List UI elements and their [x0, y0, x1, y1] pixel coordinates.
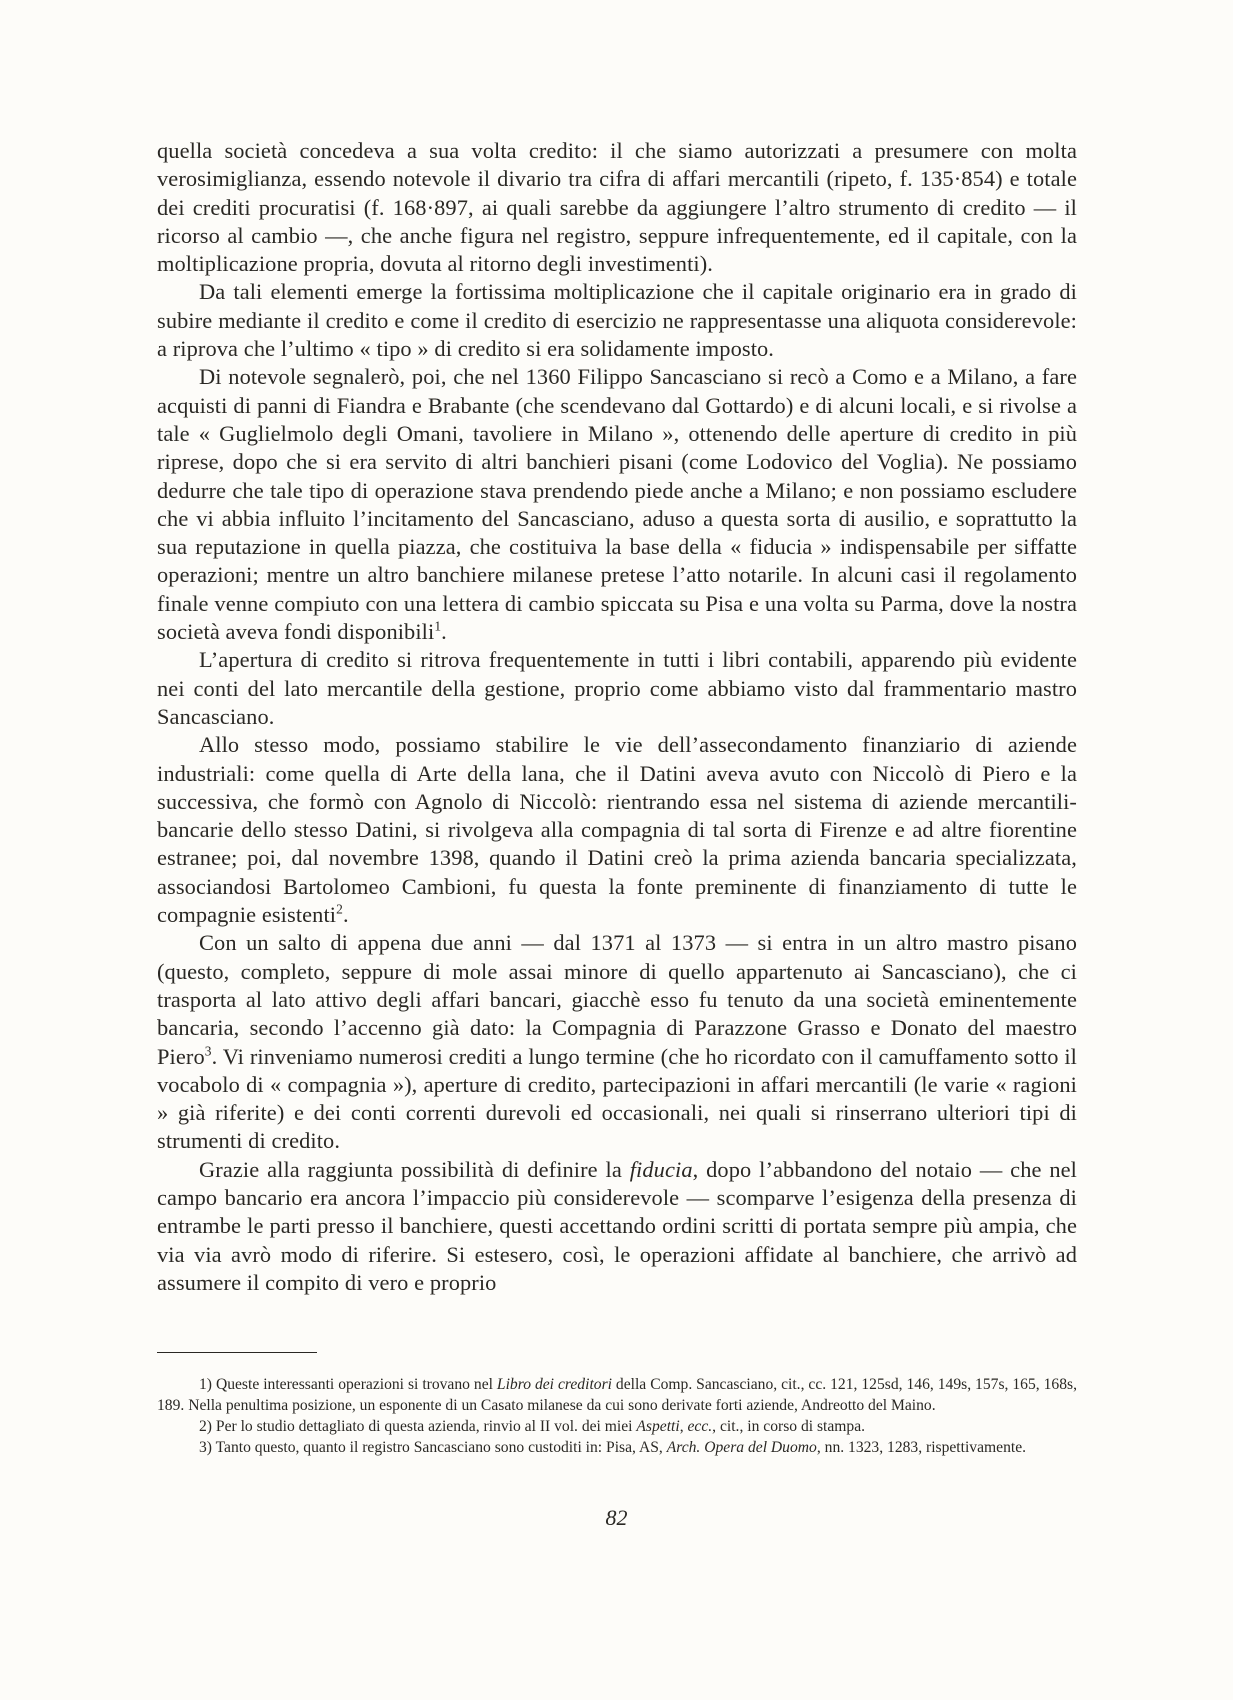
footnote-text: , cit., in corso di stampa. — [712, 1418, 865, 1435]
paragraph-4: L’apertura di credito si ritrova frequen… — [157, 646, 1077, 731]
footnote-text: Per lo studio dettagliato di questa azie… — [212, 1418, 636, 1435]
paragraph-tail: . — [441, 619, 447, 644]
footnote-2: 2) Per lo studio dettagliato di questa a… — [157, 1416, 1077, 1437]
paragraph-7: Grazie alla raggiunta possibilità di def… — [157, 1156, 1077, 1297]
footnote-mark: 1) — [199, 1376, 212, 1393]
paragraph-text: Grazie alla raggiunta possibilità di def… — [199, 1157, 630, 1182]
body-text: quella società concedeva a sua volta cre… — [157, 137, 1077, 1297]
paragraph-text: Di notevole segnalerò, poi, che nel 1360… — [157, 364, 1077, 644]
footnote-text: Tanto questo, quanto il registro Sancasc… — [212, 1439, 667, 1456]
footnote-3: 3) Tanto questo, quanto il registro Sanc… — [157, 1437, 1077, 1458]
footnote-text: , — [680, 1418, 688, 1435]
footnote-text: , nn. 1323, 1283, rispettivamente. — [817, 1439, 1026, 1456]
footnote-mark: 2) — [199, 1418, 212, 1435]
footnote-divider — [157, 1352, 317, 1353]
footnote-ref-2[interactable]: 2 — [336, 902, 343, 917]
paragraph-3: Di notevole segnalerò, poi, che nel 1360… — [157, 363, 1077, 646]
footnote-mark: 3) — [199, 1439, 212, 1456]
paragraph-2: Da tali elementi emerge la fortissima mo… — [157, 278, 1077, 363]
emphasis: fiducia — [630, 1157, 693, 1182]
footnote-ref-3[interactable]: 3 — [205, 1043, 212, 1058]
paragraph-1: quella società concedeva a sua volta cre… — [157, 137, 1077, 278]
footnotes: 1) Queste interessanti operazioni si tro… — [157, 1374, 1077, 1458]
paragraph-tail: . — [343, 902, 349, 927]
paragraph-5: Allo stesso modo, possiamo stabilire le … — [157, 731, 1077, 929]
emphasis: Aspetti — [636, 1418, 679, 1435]
emphasis: ecc. — [688, 1418, 713, 1435]
emphasis: Libro dei creditori — [497, 1376, 612, 1393]
emphasis: Arch. Opera del Duomo — [667, 1439, 817, 1456]
page-number: 82 — [0, 1505, 1233, 1531]
footnote-1: 1) Queste interessanti operazioni si tro… — [157, 1374, 1077, 1416]
paragraph-tail: . Vi rinveniamo numerosi crediti a lungo… — [157, 1044, 1077, 1154]
footnote-text: Queste interessanti operazioni si trovan… — [212, 1376, 497, 1393]
paragraph-text: Allo stesso modo, possiamo stabilire le … — [157, 732, 1077, 927]
paragraph-6: Con un salto di appena due anni — dal 13… — [157, 929, 1077, 1155]
